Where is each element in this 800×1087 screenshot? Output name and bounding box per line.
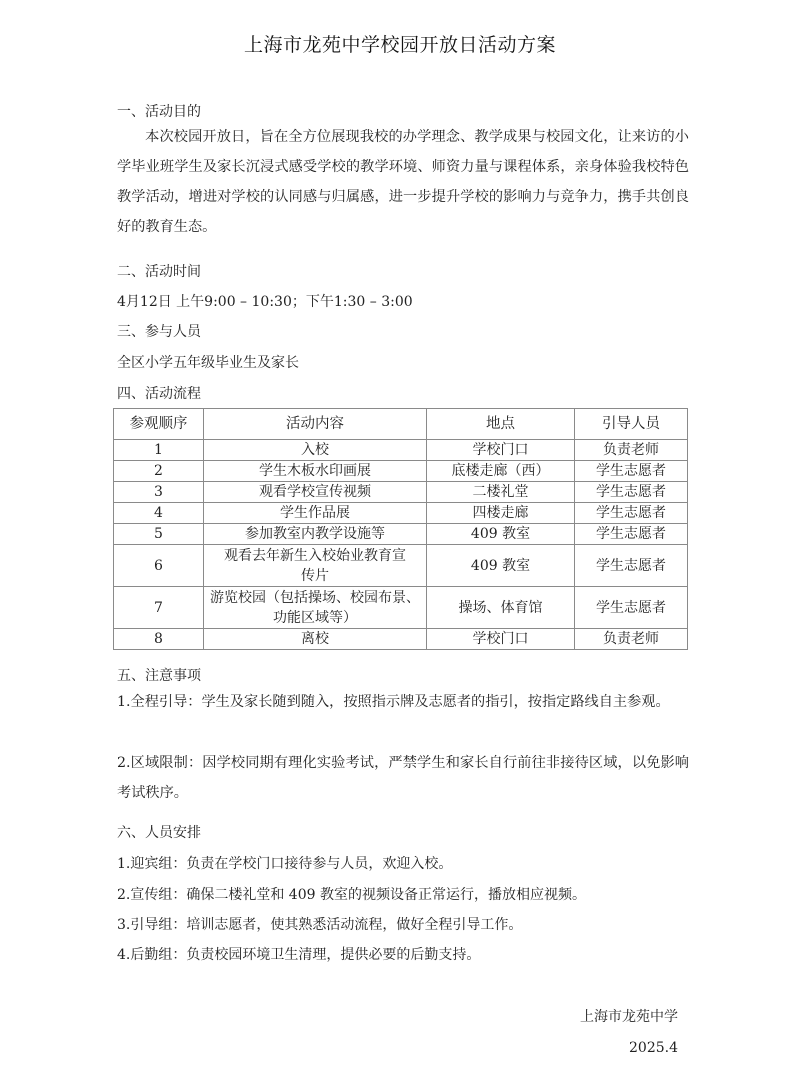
- cell-location: 学校门口: [427, 440, 575, 461]
- cell-order: 8: [114, 629, 204, 650]
- cell-location: 409 教室: [427, 524, 575, 545]
- section-heading-purpose: 一、活动目的: [117, 101, 201, 121]
- table-row: 6 观看去年新生入校始业教育宣传片 409 教室 学生志愿者: [114, 545, 688, 587]
- header-guide: 引导人员: [575, 409, 688, 440]
- cell-location: 四楼走廊: [427, 503, 575, 524]
- cell-content: 学生作品展: [204, 503, 427, 524]
- cell-content: 游览校园（包括操场、校园布景、功能区域等）: [204, 587, 427, 629]
- cell-guide: 学生志愿者: [575, 524, 688, 545]
- header-content: 活动内容: [204, 409, 427, 440]
- section-heading-staffing: 六、人员安排: [117, 822, 201, 842]
- time-text: 4月12日 上午9:00 – 10:30；下午1:30 – 3:00: [117, 291, 413, 311]
- cell-order: 7: [114, 587, 204, 629]
- cell-location: 操场、体育馆: [427, 587, 575, 629]
- cell-order: 6: [114, 545, 204, 587]
- purpose-paragraph: 本次校园开放日，旨在全方位展现我校的办学理念、教学成果与校园文化，让来访的小学毕…: [117, 122, 689, 242]
- cell-guide: 学生志愿者: [575, 545, 688, 587]
- header-order: 参观顺序: [114, 409, 204, 440]
- staffing-item: 3.引导组：培训志愿者，使其熟悉活动流程，做好全程引导工作。: [117, 914, 522, 934]
- cell-location: 409 教室: [427, 545, 575, 587]
- cell-guide: 学生志愿者: [575, 461, 688, 482]
- cell-content: 参加教室内教学设施等: [204, 524, 427, 545]
- cell-content: 观看去年新生入校始业教育宣传片: [204, 545, 427, 587]
- header-location: 地点: [427, 409, 575, 440]
- note-item: 1.全程引导：学生及家长随到随入，按照指示牌及志愿者的指引，按指定路线自主参观。: [117, 687, 689, 717]
- cell-guide: 学生志愿者: [575, 482, 688, 503]
- cell-content: 学生木板水印画展: [204, 461, 427, 482]
- note-item: 2.区域限制：因学校同期有理化实验考试，严禁学生和家长自行前往非接待区域，以免影…: [117, 748, 689, 808]
- section-heading-flow: 四、活动流程: [117, 383, 201, 403]
- cell-content: 观看学校宣传视频: [204, 482, 427, 503]
- page-title: 上海市龙苑中学校园开放日活动方案: [0, 30, 800, 57]
- table-header-row: 参观顺序 活动内容 地点 引导人员: [114, 409, 688, 440]
- staffing-item: 4.后勤组：负责校园环境卫生清理，提供必要的后勤支持。: [117, 944, 480, 964]
- cell-order: 1: [114, 440, 204, 461]
- staffing-item: 1.迎宾组：负责在学校门口接待参与人员，欢迎入校。: [117, 853, 452, 873]
- cell-order: 5: [114, 524, 204, 545]
- cell-location: 学校门口: [427, 629, 575, 650]
- section-heading-participants: 三、参与人员: [117, 321, 201, 341]
- cell-location: 底楼走廊（西）: [427, 461, 575, 482]
- table-row: 4 学生作品展 四楼走廊 学生志愿者: [114, 503, 688, 524]
- cell-content: 离校: [204, 629, 427, 650]
- cell-guide: 负责老师: [575, 440, 688, 461]
- signature-organization: 上海市龙苑中学: [580, 1006, 678, 1026]
- table-row: 7 游览校园（包括操场、校园布景、功能区域等） 操场、体育馆 学生志愿者: [114, 587, 688, 629]
- cell-content: 入校: [204, 440, 427, 461]
- table-row: 5 参加教室内教学设施等 409 教室 学生志愿者: [114, 524, 688, 545]
- table-row: 8 离校 学校门口 负责老师: [114, 629, 688, 650]
- cell-location: 二楼礼堂: [427, 482, 575, 503]
- cell-order: 3: [114, 482, 204, 503]
- section-heading-notes: 五、注意事项: [117, 665, 201, 685]
- activity-flow-table: 参观顺序 活动内容 地点 引导人员 1 入校 学校门口 负责老师 2 学生木板水…: [113, 408, 688, 650]
- table-row: 2 学生木板水印画展 底楼走廊（西） 学生志愿者: [114, 461, 688, 482]
- cell-guide: 学生志愿者: [575, 503, 688, 524]
- table-row: 1 入校 学校门口 负责老师: [114, 440, 688, 461]
- participants-text: 全区小学五年级毕业生及家长: [117, 352, 299, 372]
- cell-order: 4: [114, 503, 204, 524]
- section-heading-time: 二、活动时间: [117, 261, 201, 281]
- cell-guide: 学生志愿者: [575, 587, 688, 629]
- cell-guide: 负责老师: [575, 629, 688, 650]
- staffing-item: 2.宣传组：确保二楼礼堂和 409 教室的视频设备正常运行，播放相应视频。: [117, 884, 586, 904]
- table-row: 3 观看学校宣传视频 二楼礼堂 学生志愿者: [114, 482, 688, 503]
- cell-order: 2: [114, 461, 204, 482]
- purpose-text: 本次校园开放日，旨在全方位展现我校的办学理念、教学成果与校园文化，让来访的小学毕…: [117, 129, 689, 235]
- signature-date: 2025.4: [629, 1040, 678, 1056]
